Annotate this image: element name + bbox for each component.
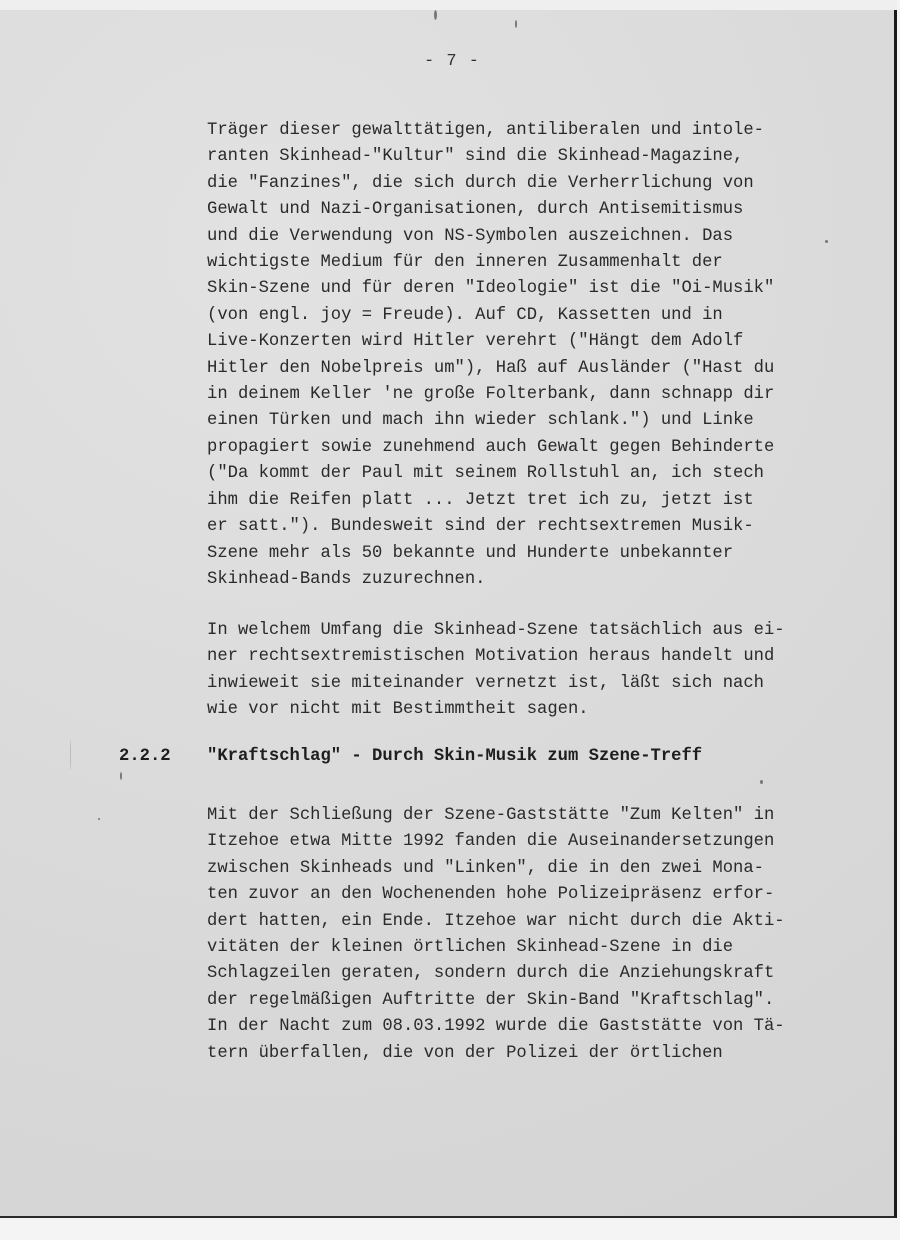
scan-speck [760,780,763,784]
scan-speck [434,10,437,20]
scan-speck [120,772,122,780]
page-top-edge [0,0,897,10]
paragraph-motivation: In welchem Umfang die Skinhead-Szene tat… [207,618,785,724]
paragraph-itzehoe: Mit der Schließung der Szene-Gaststätte … [207,803,785,1067]
scan-speck [70,740,71,770]
paragraph-skinhead-culture: Träger dieser gewalttätigen, antiliberal… [207,118,774,593]
section-number: 2.2.2 [119,747,171,766]
section-title: "Kraftschlag" - Durch Skin-Musik zum Sze… [207,747,702,766]
scanned-page: - 7 - Träger dieser gewalttätigen, antil… [0,0,897,1218]
page-number: - 7 - [424,52,480,71]
scan-speck [825,240,828,243]
scan-speck [98,818,100,820]
scan-speck [515,20,517,28]
